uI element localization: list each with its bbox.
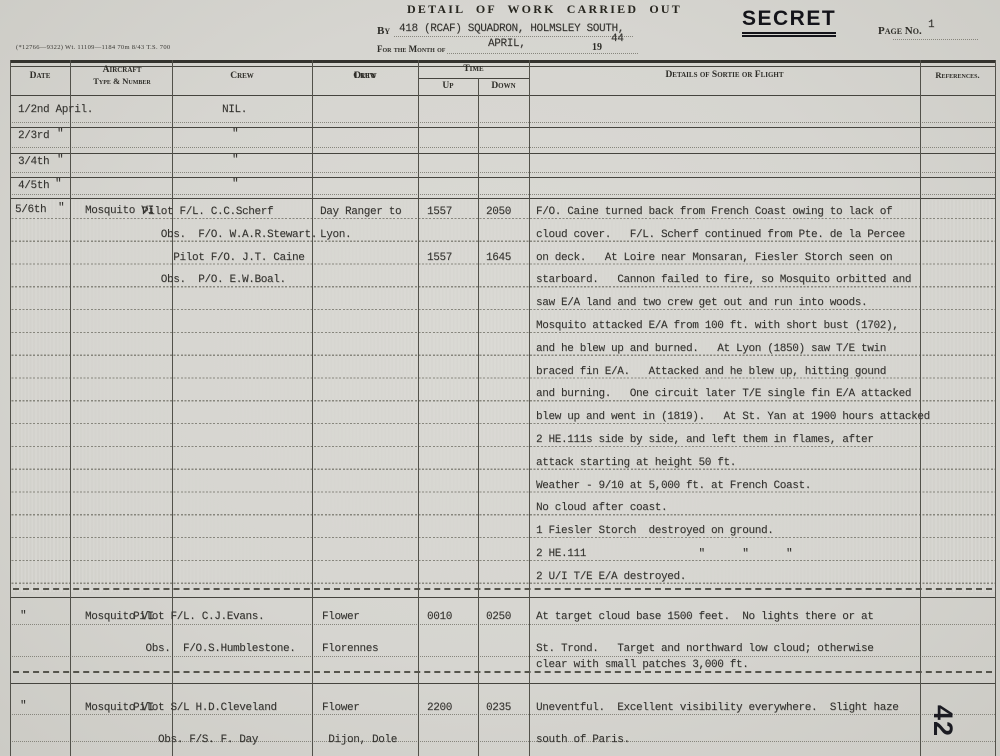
page-stamp-42: 42 [922, 700, 964, 742]
col-header-aircraft-2: Type & Number [72, 76, 172, 86]
ditto-mark: " [232, 154, 238, 166]
ditto-mark: " [55, 178, 61, 190]
details-cell: Uneventful. Excellent visibility everywh… [536, 692, 899, 756]
header-bottom-line [10, 95, 995, 96]
row-line [10, 153, 995, 154]
month-value: APRIL, [488, 38, 526, 50]
col-line-crew [312, 60, 313, 756]
squadron-underline [394, 36, 633, 37]
col-header-date: Date [10, 71, 70, 81]
col-line-right [995, 60, 996, 756]
row-line [10, 597, 995, 598]
crew-cell: Pilot F/L. C.C.Scherf Obs. F/O. W.A.R.St… [142, 201, 317, 292]
details-cell: F/O. Caine turned back from French Coast… [536, 201, 930, 589]
date-cell: 4/5th [18, 180, 49, 192]
col-header-duty: Duty [312, 71, 418, 81]
table-top-border [10, 60, 995, 63]
crew-cell: NIL. [222, 104, 247, 116]
row-line [10, 177, 995, 178]
time-subheader-line [418, 78, 529, 79]
year-printed: 19 [592, 42, 602, 53]
ditto-mark: " [20, 610, 26, 622]
col-line-date [70, 60, 71, 756]
col-header-references: References. [920, 70, 995, 80]
by-label: By [377, 25, 390, 37]
col-line-duty [418, 60, 419, 756]
time-up-cell: 2200 [427, 702, 452, 714]
ditto-mark: " [232, 128, 238, 140]
duty-cell: Flower Dijon, Dole [322, 692, 397, 756]
page-number: 1 [928, 19, 934, 31]
month-underline [447, 53, 638, 54]
duty-cell: Day Ranger toLyon. [320, 201, 401, 247]
squadron-record-page: (*12766—9322) Wt. 11109—1184 70m 8/43 T.… [0, 0, 1000, 756]
col-header-crew-real: Crew [172, 71, 312, 81]
col-header-up: Up [418, 81, 478, 91]
col-line-time [529, 60, 530, 756]
col-line-left [10, 60, 11, 756]
rule-dotted [10, 147, 995, 148]
secret-stamp: SECRET [742, 8, 836, 37]
form-print-number: (*12766—9322) Wt. 11109—1184 70m 8/43 T.… [16, 44, 170, 51]
duty-cell: Flower Florennes [322, 609, 378, 657]
col-line-updown [478, 78, 479, 756]
rule-dotted [10, 122, 995, 123]
page-no-underline [893, 39, 978, 40]
squadron-name: 418 (RCAF) SQUADRON, HOLMSLEY SOUTH, [399, 23, 624, 35]
rule-dotted [10, 172, 995, 173]
year-typed: 44 [611, 33, 624, 45]
ditto-mark: " [57, 128, 63, 140]
time-down-cell: 2050 1645 [486, 201, 511, 269]
col-header-details: Details of Sortie or Flight [529, 70, 920, 80]
ditto-mark: " [20, 700, 26, 712]
ditto-mark: " [57, 154, 63, 166]
date-cell: 3/4th [18, 156, 49, 168]
time-up-cell: 1557 1557 [427, 201, 452, 269]
crew-cell: Pilot F/L. C.J.Evans. Obs. F/O.S.Humbles… [133, 609, 296, 657]
time-down-cell: 0235 [486, 702, 511, 714]
time-up-cell: 0010 [427, 611, 452, 623]
col-header-time: Time [418, 64, 529, 74]
date-cell: 5/6th [15, 204, 46, 216]
rule-dotted [10, 194, 995, 195]
row-line [10, 127, 995, 128]
details-cell: At target cloud base 1500 feet. No light… [536, 609, 874, 673]
form-title: DETAIL OF WORK CARRIED OUT [407, 2, 682, 17]
time-down-cell: 0250 [486, 611, 511, 623]
ditto-mark: " [232, 178, 238, 190]
row-line [10, 683, 995, 684]
row-line [10, 198, 995, 199]
date-cell: 1/2nd April. [18, 104, 93, 116]
col-header-down: Down [478, 81, 529, 91]
date-cell: 2/3rd [18, 130, 49, 142]
page-no-label: Page No. [878, 25, 922, 37]
col-header-aircraft: Aircraft [72, 65, 172, 75]
ditto-mark: " [58, 202, 64, 214]
crew-cell: Pilot S/L H.D.Cleveland Obs. F/S. F. Day [133, 692, 277, 756]
month-label: For the Month of [377, 44, 445, 54]
